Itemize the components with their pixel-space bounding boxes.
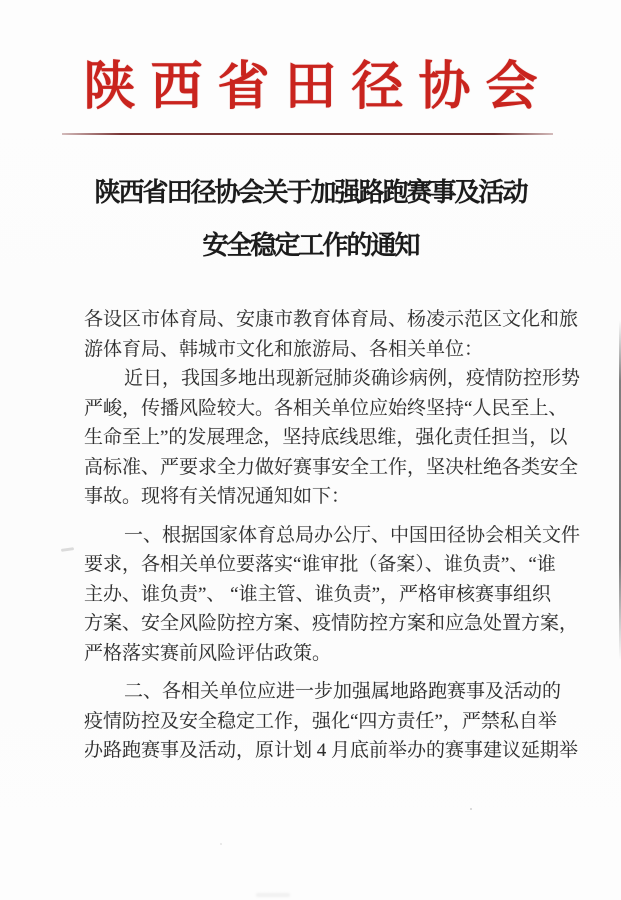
body-line: 疫情防控及安全稳定工作，强化“四方责任”，严禁私自举: [84, 707, 589, 737]
body-line: 方案、安全风险防控方案、疫情防控方案和应急处置方案，: [84, 609, 589, 639]
scanned-notice-page: 陕西省田径协会 陕西省田径协会关于加强路跑赛事及活动 安全稳定工作的通知 各设区…: [0, 0, 621, 900]
scan-speck: [220, 843, 222, 845]
body-line: 严峻，传播风险较大。各相关单位应始终坚持“人民至上、: [84, 394, 589, 424]
body-line: 一、根据国家体育总局办公厅、中国田径协会相关文件: [84, 521, 589, 551]
body-line: 办路跑赛事及活动，原计划 4 月底前举办的赛事建议延期举: [84, 736, 589, 766]
body-line: 严格落实赛前风险评估政策。: [84, 639, 589, 669]
scan-mark-artifact: [61, 547, 74, 552]
body-line: 事故。现将有关情况通知如下：: [84, 482, 589, 512]
letterhead-divider-rule: [62, 133, 553, 135]
doc-title-line1: 陕西省田径协会关于加强路跑赛事及活动: [0, 166, 621, 219]
scan-speck: [470, 808, 472, 810]
body-line: 各设区市体育局、安康市教育体育局、杨凌示范区文化和旅: [84, 305, 589, 335]
letterhead-org-name: 陕西省田径协会: [0, 56, 621, 120]
body-line: 游体育局、韩城市文化和旅游局、各相关单位：: [84, 335, 589, 365]
body-line: 高标准、严要求全力做好赛事安全工作，坚决杜绝各类安全: [84, 453, 589, 483]
body-line: 主办、谁负责”、 “谁主管、谁负责”，严格审核赛事组织: [84, 580, 589, 610]
doc-body: 各设区市体育局、安康市教育体育局、杨凌示范区文化和旅游体育局、韩城市文化和旅游局…: [84, 305, 589, 766]
doc-title-line2: 安全稳定工作的通知: [0, 219, 621, 272]
body-line: 近日，我国多地出现新冠肺炎确诊病例，疫情防控形势: [84, 364, 589, 394]
scan-smudge: [256, 893, 290, 897]
body-line: 要求，各相关单位要落实“谁审批（备案）、谁负责”、“谁: [84, 550, 589, 580]
doc-title: 陕西省田径协会关于加强路跑赛事及活动 安全稳定工作的通知: [0, 166, 621, 272]
body-line: 生命至上”的发展理念，坚持底线思维，强化责任担当，以: [84, 423, 589, 453]
body-line: 二、各相关单位应进一步加强属地路跑赛事及活动的: [84, 677, 589, 707]
